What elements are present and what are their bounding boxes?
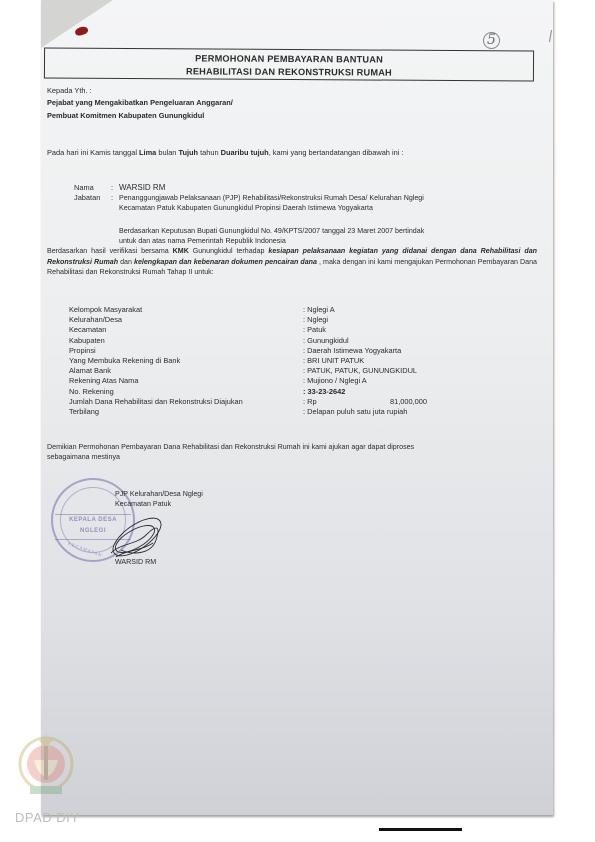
position-line-1: Penanggungjawab Pelaksanaan (PJP) Rehabi… xyxy=(119,193,424,203)
detail-amount: 81,000,000 xyxy=(390,397,427,407)
detail-label: Kabupaten xyxy=(69,336,105,346)
detail-value: : 33-23-2642 xyxy=(303,387,345,397)
detail-label: Terbilang xyxy=(69,407,99,417)
detail-label: Propinsi xyxy=(69,346,96,356)
detail-label: Kelompok Masyarakat xyxy=(69,305,142,315)
detail-value: : Delapan puluh satu juta rupiah xyxy=(303,407,407,417)
document-page: 5 PERMOHONAN PEMBAYARAN BANTUAN REHABILI… xyxy=(41,0,553,815)
closing-line-2: sebagaimana mestinya xyxy=(47,452,120,462)
signature-name: WARSID RM xyxy=(115,557,156,567)
document-title: PERMOHONAN PEMBAYARAN BANTUAN REHABILITA… xyxy=(44,48,534,82)
detail-label: Yang Membuka Rekening di Bank xyxy=(69,356,180,366)
signature-role-line-1: PJP Kelurahan/Desa Nglegi xyxy=(115,489,203,499)
detail-label: No. Rekening xyxy=(69,387,114,397)
opening-statement: Pada hari ini Kamis tanggal Lima bulan T… xyxy=(47,148,403,158)
detail-label: Alamat Bank xyxy=(69,366,111,376)
addressee-greeting: Kepada Yth. : xyxy=(47,86,92,96)
detail-label: Kecamatan xyxy=(69,325,106,335)
position-label: Jabatan xyxy=(74,193,100,203)
closing-line-1: Demikian Permohonan Pembayaran Dana Reha… xyxy=(47,442,414,452)
detail-value: : Daerah Istimewa Yogyakarta xyxy=(303,346,401,356)
detail-label: Rekening Atas Nama xyxy=(69,376,138,386)
addressee-line-1: Pejabat yang Mengakibatkan Pengeluaran A… xyxy=(47,98,233,108)
name-label: Nama xyxy=(74,183,94,193)
detail-value: : Rp xyxy=(303,397,317,407)
decree-line-1: Berdasarkan Keputusan Bupati Gunungkidul… xyxy=(119,226,424,236)
position-line-2: Kecamatan Patuk Kabupaten Gunungkidul Pr… xyxy=(119,203,373,213)
detail-value: : Gunungkidul xyxy=(303,336,349,346)
signature-role-line-2: Kecamatan Patuk xyxy=(115,499,171,509)
detail-value: : PATUK, PATUK, GUNUNGKIDUL xyxy=(303,366,417,376)
verification-paragraph: Berdasarkan hasil verifikasi bersama KMK… xyxy=(47,246,537,278)
decree-line-2: untuk dan atas nama Pemerintah Republik … xyxy=(119,236,286,246)
addressee-line-2: Pembuat Komitmen Kabupaten Gunungkidul xyxy=(47,111,204,121)
detail-value: : Nglegi A xyxy=(303,305,335,315)
detail-value: : Patuk xyxy=(303,325,326,335)
opening-month: Tujuh xyxy=(178,148,198,157)
watermark-text: DPAD DIY xyxy=(15,810,79,825)
folded-corner xyxy=(41,0,113,48)
detail-value: : Mujiono / Nglegi A xyxy=(303,376,367,386)
opening-day: Lima xyxy=(139,148,156,157)
name-value: WARSID RM xyxy=(119,183,165,193)
emphasis-completeness: kelengkapan dan kebenaran dokumen pencai… xyxy=(134,258,317,266)
coat-of-arms-watermark-icon xyxy=(16,730,76,800)
pen-mark xyxy=(549,30,552,42)
opening-year: Duaribu tujuh xyxy=(221,148,269,157)
detail-label: Jumlah Dana Rehabilitasi dan Rekonstruks… xyxy=(69,397,243,407)
black-bar xyxy=(379,828,462,831)
title-line-2: REHABILITASI DAN REKONSTRUKSI RUMAH xyxy=(45,65,533,81)
detail-label: Kelurahan/Desa xyxy=(69,315,122,325)
detail-value: : BRI UNIT PATUK xyxy=(303,356,364,366)
page-number: 5 xyxy=(483,32,500,49)
detail-value: : Nglegi xyxy=(303,315,328,325)
